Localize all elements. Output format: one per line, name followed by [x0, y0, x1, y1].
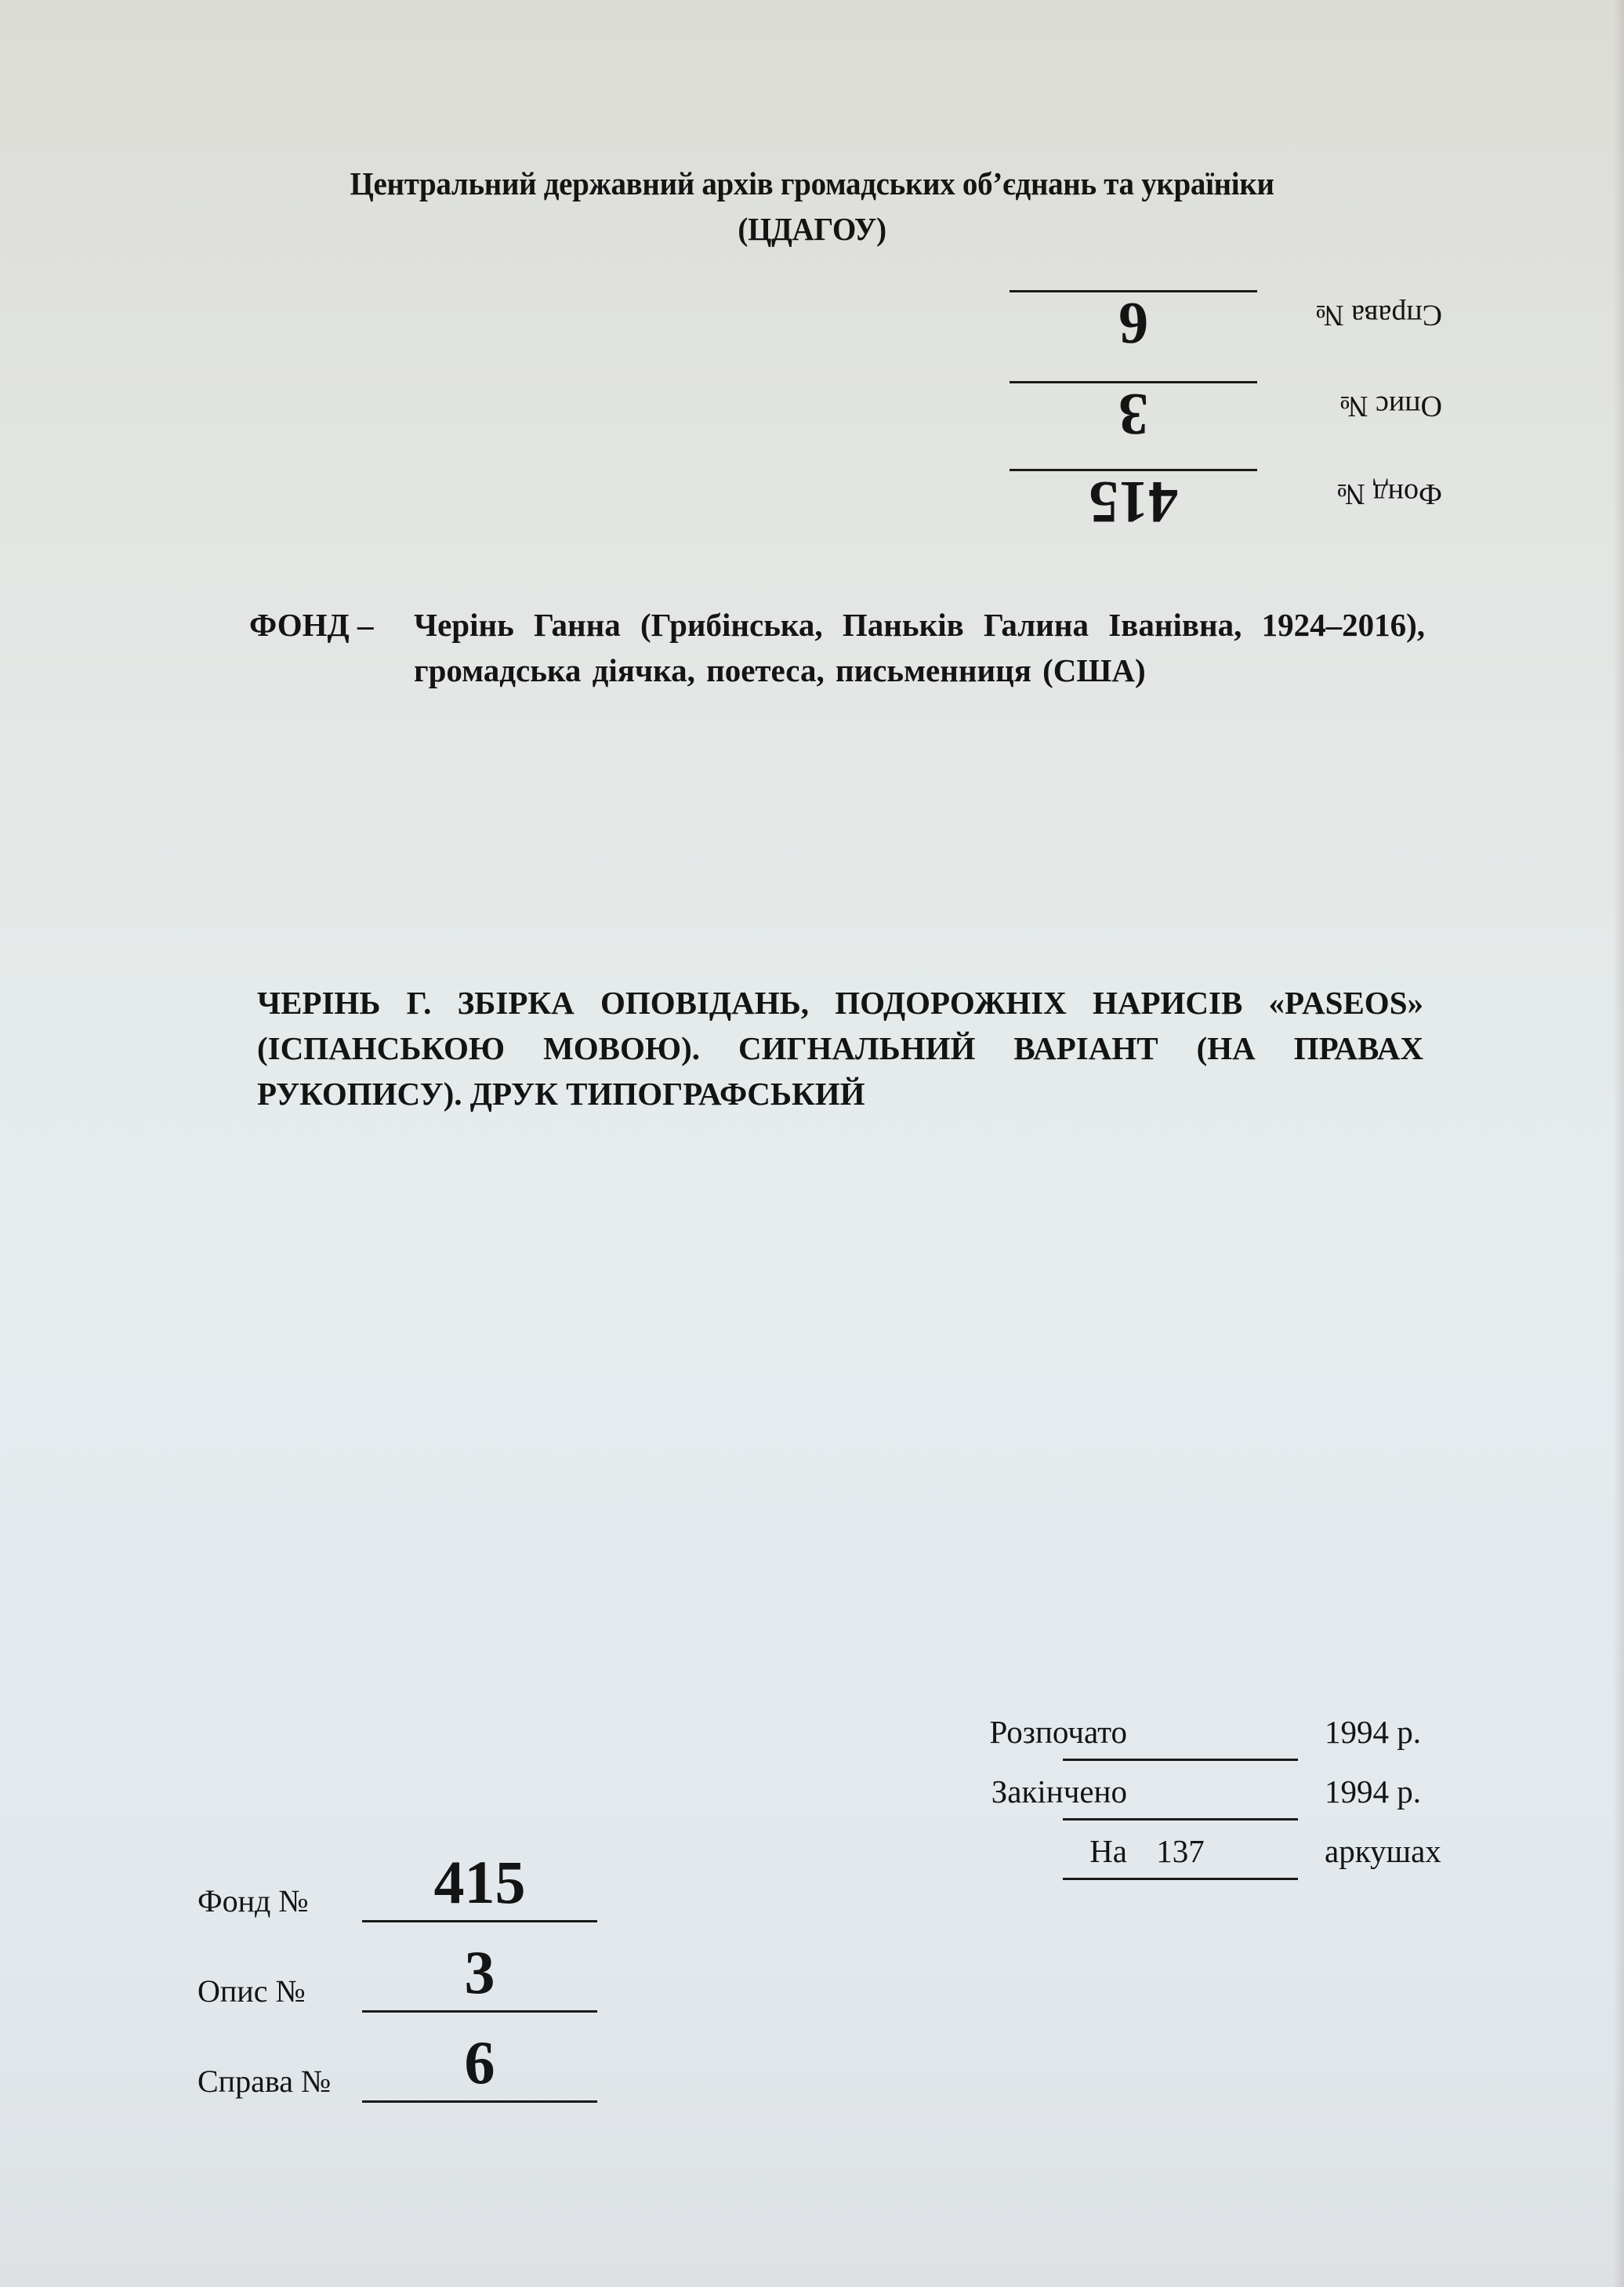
inverted-sprava-row: Справа № 6	[1019, 284, 1442, 362]
opys-number-label: Опис №	[198, 1973, 306, 2009]
archive-name: Центральний державний архів громадських …	[41, 161, 1583, 206]
fond-number-underline	[362, 1920, 597, 1922]
started-year: 1994 р.	[1325, 1713, 1421, 1751]
inverted-sprava-value: 6	[1010, 293, 1257, 353]
sheets-suffix: аркушах	[1325, 1832, 1441, 1870]
finished-label: Закінчено	[991, 1773, 1127, 1810]
started-underline	[1063, 1759, 1298, 1761]
sheets-row: На 137 аркушах	[870, 1824, 1466, 1884]
inverted-fond-value: 415	[1010, 472, 1257, 532]
sprava-number-label: Справа №	[198, 2063, 331, 2100]
case-title: Черінь Г. Збірка оповідань, подорожніх н…	[257, 980, 1423, 1116]
archive-abbreviation: (ЦДАГОУ)	[41, 206, 1583, 252]
opys-number-underline	[362, 2010, 597, 2013]
inverted-opys-underline	[1010, 381, 1257, 383]
fond-row: Фонд № 415	[198, 1839, 605, 1929]
inverted-opys-row: Опис № 3	[1019, 375, 1442, 453]
finished-year: 1994 р.	[1325, 1773, 1421, 1810]
opys-number-value: 3	[362, 1942, 597, 2003]
sprava-row: Справа № 6	[198, 2019, 605, 2109]
dates-block: Розпочато 1994 р. Закінчено 1994 р. На 1…	[870, 1705, 1466, 1884]
reference-block: Фонд № 415 Опис № 3 Справа № 6	[198, 1839, 605, 2109]
inverted-opys-label: Опис №	[1339, 389, 1442, 423]
started-row: Розпочато 1994 р.	[870, 1705, 1466, 1765]
finished-row: Закінчено 1994 р.	[870, 1765, 1466, 1824]
inverted-opys-value: 3	[1010, 384, 1257, 444]
fond-text: Черінь Ганна (Грибінська, Паньків Галина…	[414, 602, 1425, 693]
fond-description: ФОНД – Черінь Ганна (Грибінська, Паньків…	[249, 602, 1425, 693]
fond-number-value: 415	[362, 1852, 597, 1913]
sprava-number-value: 6	[362, 2032, 597, 2093]
sprava-number-underline	[362, 2100, 597, 2103]
started-label: Розпочато	[990, 1713, 1128, 1751]
inverted-sprava-label: Справа №	[1315, 298, 1442, 332]
paper-edge	[1613, 0, 1624, 2287]
finished-underline	[1063, 1818, 1298, 1821]
opys-row: Опис № 3	[198, 1929, 605, 2019]
inverted-sprava-underline	[1010, 290, 1257, 292]
inverted-fond-row: Фонд № 415	[1019, 463, 1442, 541]
sheets-underline	[1063, 1878, 1298, 1880]
fond-label: ФОНД –	[249, 602, 373, 648]
inverted-fond-label: Фонд №	[1337, 477, 1442, 511]
fond-number-label: Фонд №	[198, 1882, 309, 1919]
inverted-reference-block: Фонд № 415 Опис № 3 Справа № 6	[1019, 282, 1442, 541]
sheets-count: 137	[1063, 1832, 1298, 1870]
archive-name-header: Центральний державний архів громадських …	[41, 161, 1583, 252]
inverted-fond-underline	[1010, 469, 1257, 471]
